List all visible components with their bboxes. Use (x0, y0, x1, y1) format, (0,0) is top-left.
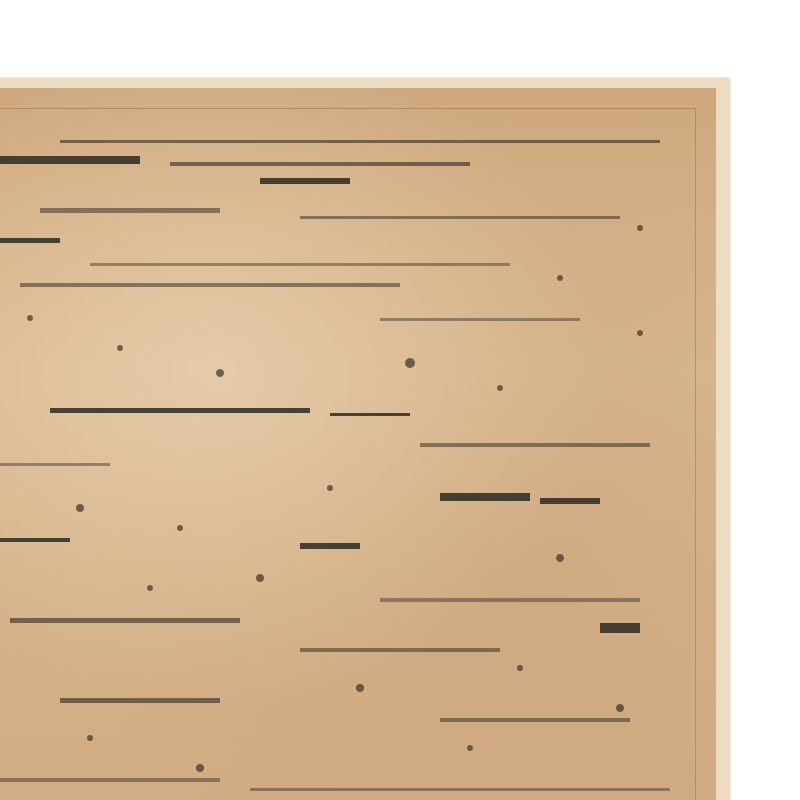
rug (0, 78, 730, 800)
rug-speckle-pattern (0, 88, 716, 800)
